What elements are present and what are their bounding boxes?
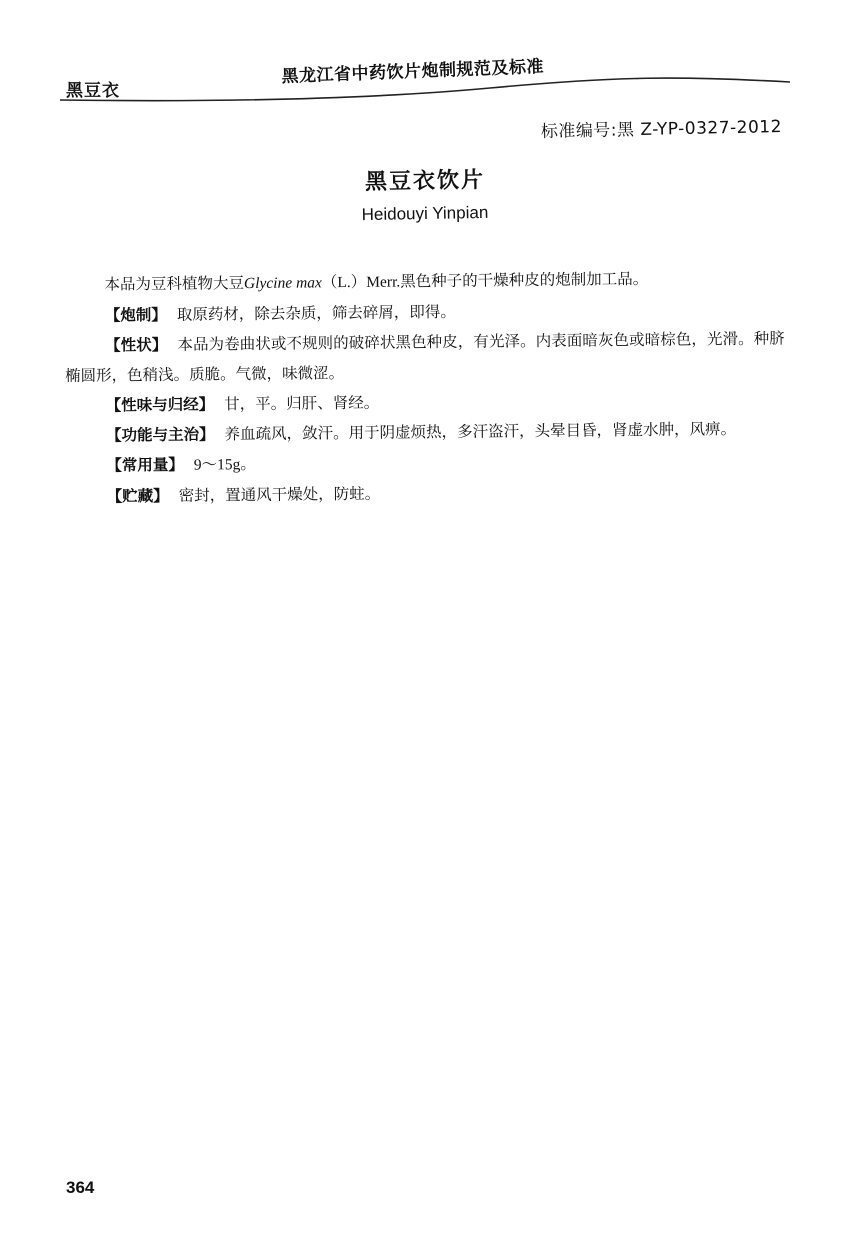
- section-text: 养血疏风，敛汗。用于阴虚烦热，多汗盗汗，头晕目昏，肾虚水肿，风痹。: [224, 420, 736, 443]
- section-text: 甘，平。归肝、肾经。: [224, 394, 379, 414]
- document-title: 黑豆衣饮片: [0, 157, 850, 203]
- monograph-body: 本品为豆科植物大豆Glycine max（L.）Merr.黑色种子的干燥种皮的炮…: [64, 262, 786, 512]
- section-storage: 【贮藏】密封，置通风干燥处，防蛀。: [66, 474, 786, 512]
- intro-suffix: 黑色种子的干燥种皮的炮制加工品。: [400, 270, 648, 291]
- section-label: 【功能与主治】: [106, 425, 215, 444]
- standard-number: 标准编号:黑 Z-YP-0327-2012: [540, 112, 782, 142]
- section-text: 密封，置通风干燥处，防蛀。: [179, 485, 381, 505]
- latin-author: （L.）Merr.: [322, 273, 401, 291]
- section-text: 取原药材，除去杂质，筛去碎屑，即得。: [177, 303, 456, 324]
- section-label: 【常用量】: [106, 456, 184, 475]
- section-label: 【炮制】: [105, 306, 167, 325]
- intro-prefix: 本品为豆科植物大豆: [104, 274, 244, 293]
- page-number: 364: [66, 1178, 94, 1198]
- section-label: 【性状】: [105, 336, 167, 355]
- section-text: 本品为卷曲状或不规则的破碎状黑色种皮，有光泽。内表面暗灰色或暗棕色，光滑。种脐椭…: [65, 329, 785, 385]
- document-title-pinyin: Heidouyi Yinpian: [0, 197, 850, 232]
- section-label: 【贮藏】: [107, 487, 169, 506]
- section-description: 【性状】本品为卷曲状或不规则的破碎状黑色种皮，有光泽。内表面暗灰色或暗棕色，光滑…: [65, 323, 786, 391]
- latin-species-name: Glycine max: [244, 274, 322, 292]
- header-rule-divider: [60, 70, 790, 110]
- section-text: 9～15g。: [194, 456, 256, 474]
- section-label: 【性味与归经】: [106, 395, 215, 414]
